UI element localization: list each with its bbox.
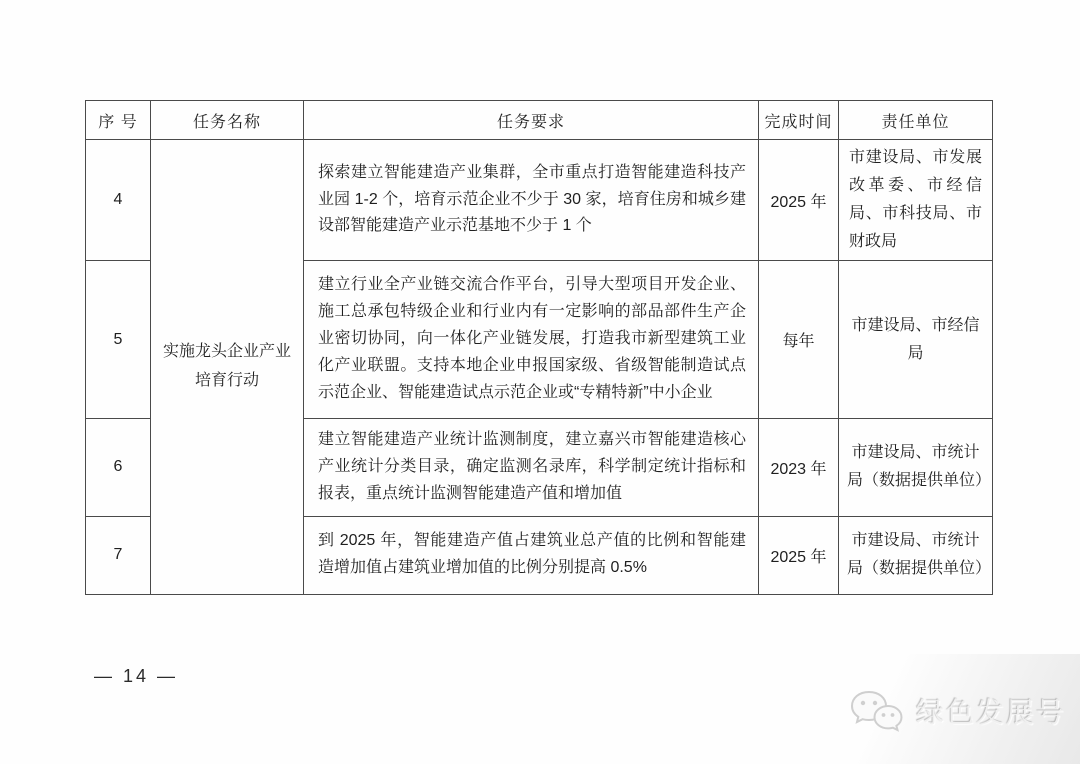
header-task-name: 任务名称 xyxy=(151,101,304,140)
serial-number: 6 xyxy=(86,419,151,517)
responsible-unit: 市建设局、市统计局（数据提供单位） xyxy=(839,516,993,594)
task-requirement: 探索建立智能建造产业集群，全市重点打造智能建造科技产业园 1-2 个，培育示范企… xyxy=(304,140,759,261)
header-serial-number: 序 号 xyxy=(86,101,151,140)
table-header-row: 序 号 任务名称 任务要求 完成时间 责任单位 xyxy=(86,101,993,140)
watermark-label: 绿色发展号 xyxy=(916,691,1066,731)
watermark: 绿色发展号 xyxy=(848,688,1066,734)
responsible-unit: 市建设局、市经信局 xyxy=(839,261,993,419)
serial-number: 5 xyxy=(86,261,151,419)
task-requirement: 建立行业全产业链交流合作平台，引导大型项目开发企业、施工总承包特级企业和行业内有… xyxy=(304,261,759,419)
completion-time: 2025 年 xyxy=(759,516,839,594)
task-name-merged-cell: 实施龙头企业产业培育行动 xyxy=(151,140,304,595)
header-task-requirement: 任务要求 xyxy=(304,101,759,140)
responsible-unit: 市建设局、市统计局（数据提供单位） xyxy=(839,419,993,517)
table-row: 4 实施龙头企业产业培育行动 探索建立智能建造产业集群，全市重点打造智能建造科技… xyxy=(86,140,993,261)
completion-time: 2025 年 xyxy=(759,140,839,261)
serial-number: 4 xyxy=(86,140,151,261)
responsible-unit: 市建设局、市发展改革委、市经信局、市科技局、市财政局 xyxy=(839,140,993,261)
completion-time: 2023 年 xyxy=(759,419,839,517)
page-number: — 14 — xyxy=(94,666,178,687)
task-requirement: 到 2025 年，智能建造产值占建筑业总产值的比例和智能建造增加值占建筑业增加值… xyxy=(304,516,759,594)
wechat-icon xyxy=(848,688,904,734)
completion-time: 每年 xyxy=(759,261,839,419)
task-requirement: 建立智能建造产业统计监测制度，建立嘉兴市智能建造核心产业统计分类目录，确定监测名… xyxy=(304,419,759,517)
header-responsible-unit: 责任单位 xyxy=(839,101,993,140)
task-table: 序 号 任务名称 任务要求 完成时间 责任单位 4 实施龙头企业产业培育行动 探… xyxy=(85,100,993,595)
header-completion-time: 完成时间 xyxy=(759,101,839,140)
serial-number: 7 xyxy=(86,516,151,594)
